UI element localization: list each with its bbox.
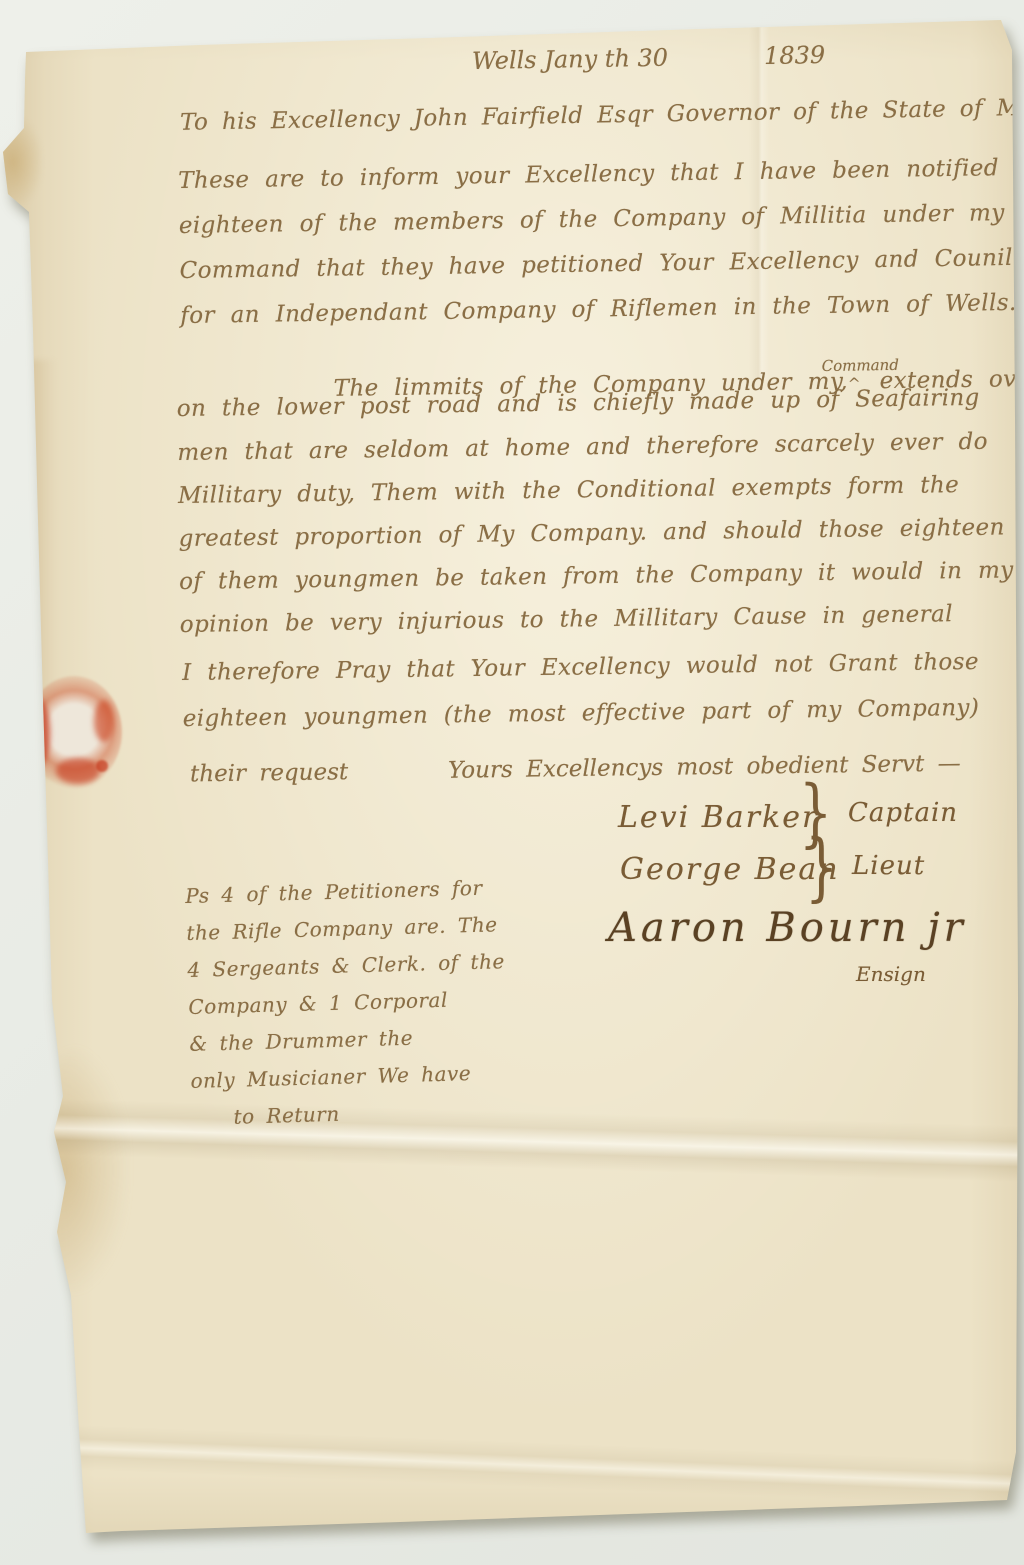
postscript-line: Ps 4 of the Petitioners for [185,876,483,908]
brace-icon: } [805,830,838,904]
insertion-command: Command [822,356,899,375]
signature-rank-captain: Captain [848,798,958,828]
body-line: for an Independant Company of Riflemen i… [180,290,1017,329]
salutation-line: To his Excellency John Fairfield Esqr Go… [180,94,1024,136]
body-paragraph-3: I therefore Pray that Your Excellency wo… [182,659,224,736]
body-line: Millitary duty, Them with the Conditiona… [178,472,960,509]
fold-crease-horizontal-lower [59,1407,1021,1514]
fold-crease-horizontal [39,1078,1021,1195]
body-line: greatest proportion of My Company. and s… [178,514,1024,552]
signature-rank-ensign: Ensign [856,962,926,986]
postscript-line: the Rifle Company are. The [186,912,498,945]
body-line: eighteen youngmen (the most effective pa… [183,695,980,732]
postscript-line: & the Drummer the [189,1026,413,1056]
wax-seal-stain-blob [24,698,50,768]
dateline-year: 1839 [764,41,826,70]
signature-aaron-bourn: Aaron Bourn jr [608,905,967,951]
torn-edge-top-left [0,116,42,208]
paper: Wells Jany th 30 1839 To his Excellency … [0,0,1024,1565]
wax-seal-stain [26,676,122,788]
body-paragraph-1: These are to inform your Excellency that… [178,167,220,282]
wax-seal-stain-blob [94,700,114,742]
edge-stain-left [30,360,56,780]
body-paragraph-2: The limmits of the Company under my,Comm… [176,351,219,523]
body-line: men that are seldom at home and therefor… [177,429,988,466]
closing-line: their request Yours Excellencys most obe… [190,751,961,788]
dateline: Wells Jany th 30 1839 [472,41,826,75]
body-line: Command that they have petitioned Your E… [179,245,1013,284]
wax-seal-stain-blob [56,758,100,784]
postscript: Ps 4 of the Petitioners for the Rifle Co… [185,883,230,1055]
body-line: These are to inform your Excellency that… [178,154,1024,194]
body-line: opinion be very injurious to the Millita… [180,601,954,638]
closing-their-request: their request [190,759,348,787]
paper-shadow-wrap: Wells Jany th 30 1839 To his Excellency … [0,0,1024,1565]
body-line: I therefore Pray that Your Excellency wo… [182,649,979,686]
letter-scan: Wells Jany th 30 1839 To his Excellency … [0,0,1024,1565]
edge-stain-lower-left [36,1050,126,1290]
signature-levi-barker: Levi Barker [618,800,818,835]
wax-seal-fleck [96,760,108,772]
postscript-line: Company & 1 Corporal [188,988,448,1019]
dateline-place-date: Wells Jany th 30 [472,44,669,75]
closing-obedient-servant: Yours Excellencys most obedient Servt — [448,751,961,784]
signature-rank-lieut: Lieut [852,851,925,881]
body-line: of them youngmen be taken from the Compa… [179,557,1014,595]
postscript-line: 4 Sergeants & Clerk. of the [187,949,505,982]
body-line: eighteen of the members of the Company o… [179,200,1005,239]
postscript-line: to Return [233,1102,340,1129]
postscript-line: only Musicianer We have [190,1061,471,1093]
